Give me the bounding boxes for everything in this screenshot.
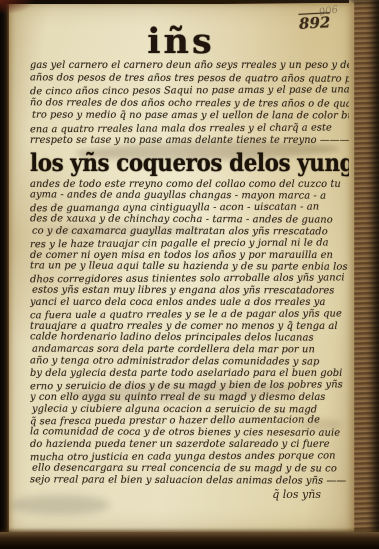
- manuscript-line: y con ello ayga su quinto rreal de su ma…: [30, 392, 349, 404]
- chapter-heading: los yñs coqueros delos yungas: [30, 147, 349, 179]
- manuscript-line: erno y seruicio de dios y de su magd y b…: [30, 379, 349, 393]
- manuscript-line: tro peso y medio q̃ no pase amas y el ue…: [32, 110, 349, 123]
- ihs-monogram: iñs: [8, 21, 354, 62]
- manuscript-line: res y le haze trauajar cin pagalle el pr…: [30, 237, 349, 251]
- book-gutter-edge: [0, 0, 9, 549]
- manuscript-line: estos yñs estan muy libres y engana alos…: [32, 285, 349, 298]
- catchword: q̃ los yñs: [30, 488, 349, 501]
- manuscript-line: sejo rreal para el bien y saluacion dela…: [30, 474, 349, 487]
- corner-shadow: [0, 0, 34, 14]
- manuscript-line: gas yel carnero el carnero deun año seys…: [30, 60, 349, 73]
- text-block-upper: gas yel carnero el carnero deun año seys…: [30, 60, 349, 148]
- manuscript-line: la comunidad de coca y de otros bienes y…: [30, 427, 349, 440]
- manuscript-line: by dela yglecia desta parte todo aselari…: [30, 368, 349, 380]
- manuscript-line: rrespeto se tase y no pase amas delante …: [30, 135, 349, 148]
- manuscript-line: ca fuera uale a quatro rreales y se le a…: [30, 308, 349, 322]
- manuscript-line: co y de caxamarca guayllas maltratan alo…: [32, 225, 349, 238]
- manuscript-line: do hazienda pueda tener un sazerdote sal…: [30, 439, 349, 451]
- manuscript-line: años dos pesos de tres años tres pesos d…: [30, 72, 349, 86]
- manuscript-line: año y tenga otro administrador delas com…: [30, 355, 349, 368]
- manuscript-line: yanci el uarco dela coca enlos andes ual…: [30, 297, 349, 309]
- book-bottom-edge: [0, 532, 379, 549]
- manuscript-text: gas yel carnero el carnero deun año seys…: [30, 60, 349, 501]
- manuscript-photo: 906 892 iñs gas yel carnero el carnero d…: [0, 0, 379, 549]
- manuscript-line: des de xauxa y de chinchay cocha - tarma…: [30, 213, 349, 226]
- manuscript-page: 906 892 iñs gas yel carnero el carnero d…: [8, 3, 354, 533]
- manuscript-line: ena a quatro rreales lana mala dos rreal…: [30, 122, 349, 136]
- text-block-lower: andes de todo este rreyno como del colla…: [30, 179, 349, 487]
- book-top-edge: [0, 0, 319, 4]
- manuscript-line: ello desencargara su rreal concencia de …: [32, 462, 349, 475]
- manuscript-line: ño dos rreales de dos años ocho rreales …: [30, 97, 349, 111]
